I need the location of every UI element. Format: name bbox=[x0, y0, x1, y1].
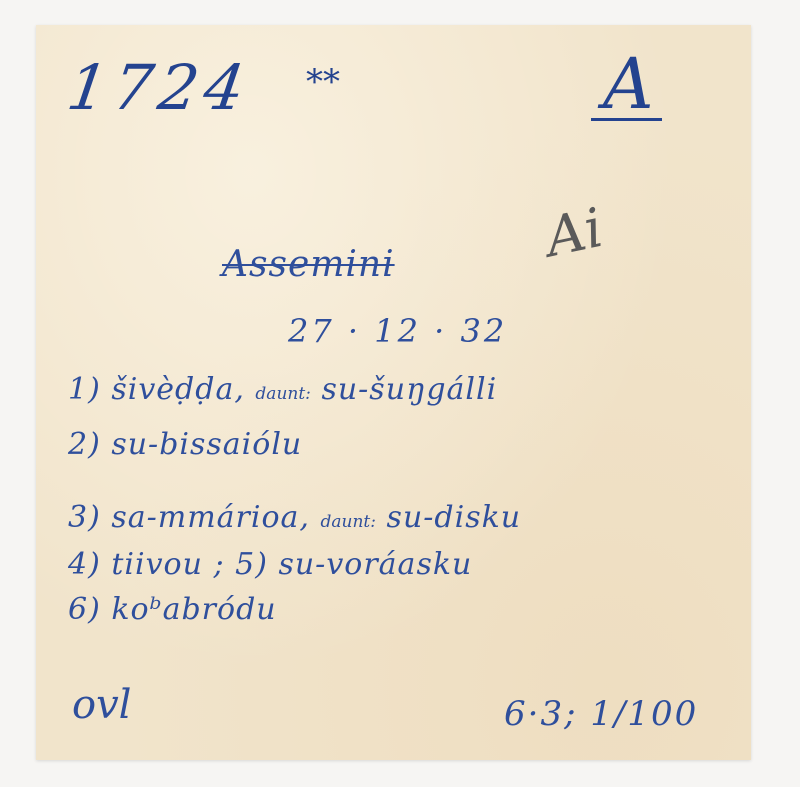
entry-number: 2) bbox=[68, 427, 101, 462]
place-name: Assemini bbox=[222, 247, 395, 283]
entry-number: 5) bbox=[235, 547, 268, 582]
pencil-annotation: Ai bbox=[540, 196, 608, 269]
entry-4-5: 4) tiivou ; 5) su-voráasku bbox=[68, 550, 472, 580]
entry-text: su-voráasku bbox=[278, 547, 472, 582]
entry-note: daunt: bbox=[321, 512, 376, 532]
entry-2: 2) su-bissaiólu bbox=[68, 430, 302, 460]
entry-separator: ; bbox=[213, 547, 224, 582]
catalog-marks: ** bbox=[306, 65, 340, 99]
entry-text: šivèḍḍa, bbox=[111, 372, 245, 407]
entry-variant: su-šuŋgálli bbox=[321, 372, 497, 407]
entry-number: 3) bbox=[68, 500, 101, 535]
entry-number: 1) bbox=[68, 372, 101, 407]
entry-1: 1) šivèḍḍa, daunt: su-šuŋgálli bbox=[68, 375, 497, 405]
entry-text: su-bissaiólu bbox=[111, 427, 302, 462]
date: 27 · 12 · 32 bbox=[288, 315, 507, 347]
entry-number: 6) bbox=[68, 592, 101, 627]
scale-note: 6·3; 1/100 bbox=[504, 697, 698, 731]
entry-number: 4) bbox=[68, 547, 101, 582]
entry-text: sa-mmárioa, bbox=[111, 500, 310, 535]
series-letter: A bbox=[591, 51, 662, 121]
handwritten-index-card: 1724 ** A Ai Assemini 27 · 12 · 32 1) ši… bbox=[36, 25, 751, 760]
catalog-number: 1724 bbox=[64, 57, 255, 119]
entry-6: 6) koᵇabródu bbox=[68, 595, 277, 625]
signature: ovl bbox=[72, 685, 131, 725]
entry-text: tiivou bbox=[111, 547, 203, 582]
entry-variant: su-disku bbox=[387, 500, 522, 535]
entry-3: 3) sa-mmárioa, daunt: su-disku bbox=[68, 503, 521, 533]
entry-note: daunt: bbox=[255, 384, 310, 404]
entry-text: koᵇabródu bbox=[111, 592, 276, 627]
